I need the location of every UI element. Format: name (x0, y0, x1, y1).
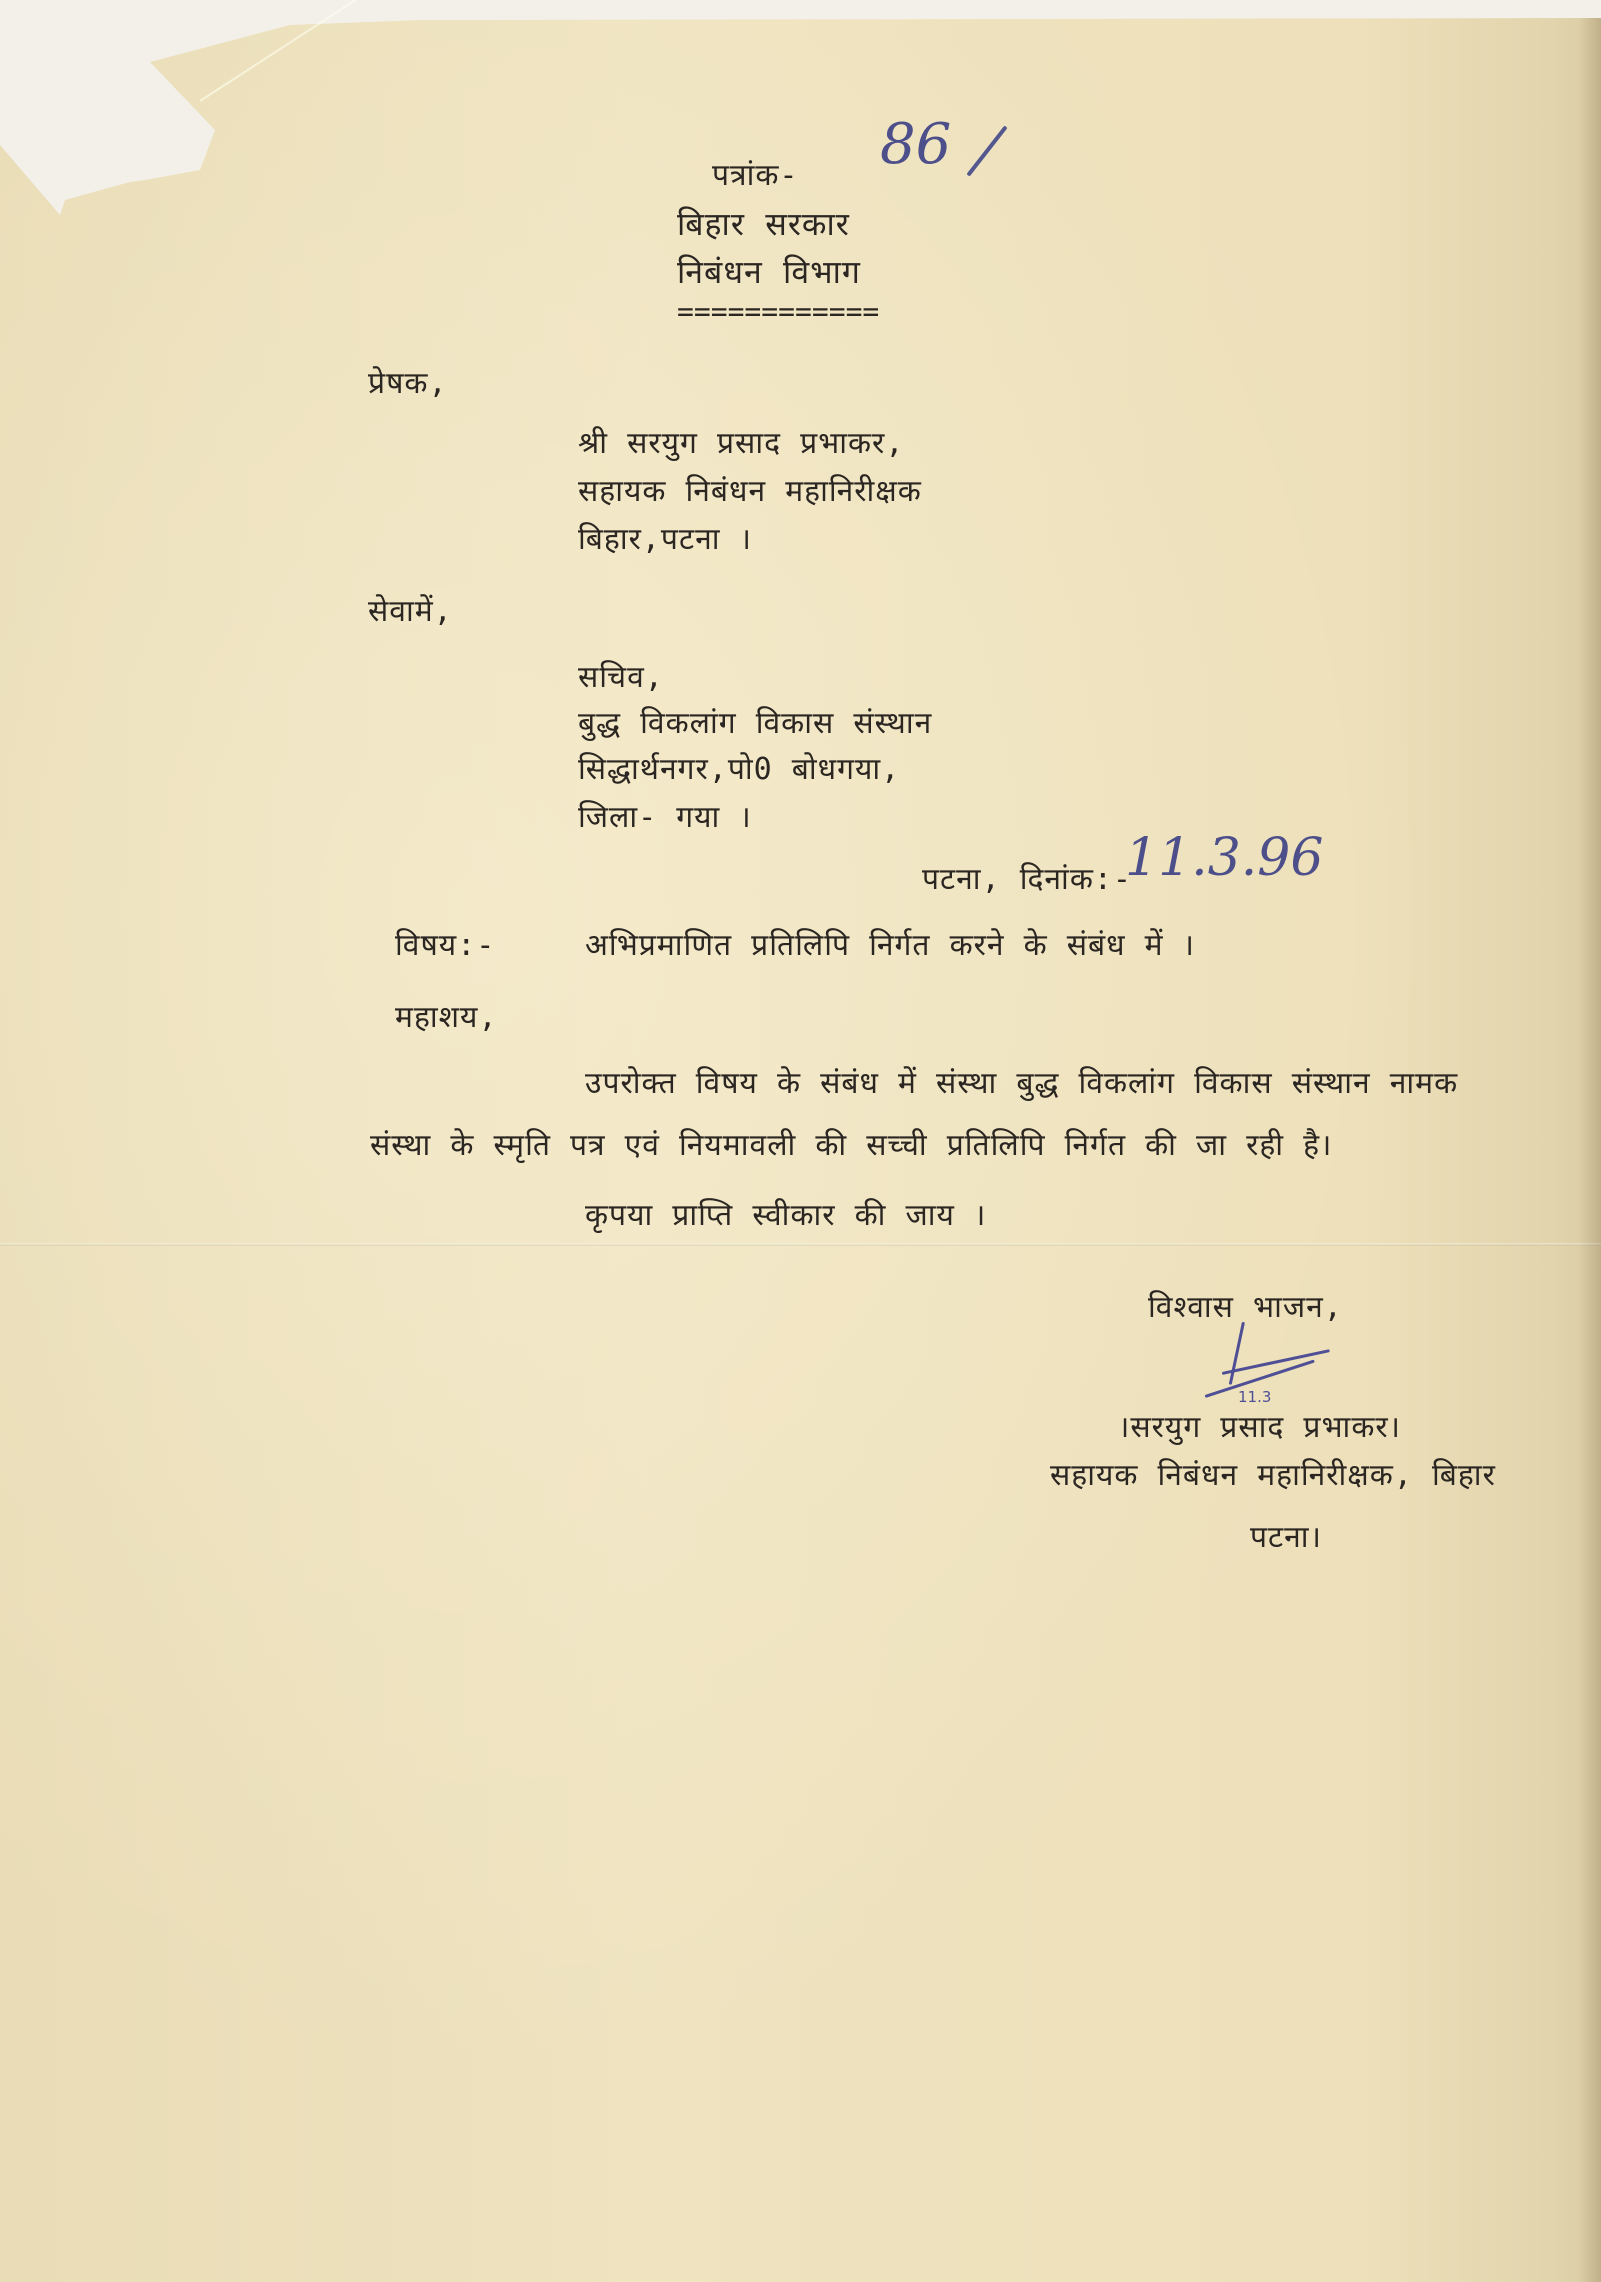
valediction: विश्वास भाजन, (1148, 1290, 1343, 1326)
recipient-line: बुद्ध विकलांग विकास संस्थान (578, 706, 932, 742)
department-name: निबंधन विभाग (677, 254, 861, 290)
subject-label: विषय:- (395, 928, 495, 964)
fold-line (0, 1243, 1601, 1246)
recipient-line: जिला- गया । (578, 800, 752, 836)
signatory-designation: सहायक निबंधन महानिरीक्षक, बिहार (1050, 1458, 1496, 1494)
recipient-line: सचिव, (578, 660, 664, 696)
government-name: बिहार सरकार (677, 206, 850, 242)
header-underline: ============ (677, 294, 879, 330)
letter-number-handwritten: 86 (880, 115, 951, 175)
sender-line: श्री सरयुग प्रसाद प्रभाकर, (578, 426, 904, 462)
signature-date: 11.3 (1238, 1388, 1271, 1406)
recipient-line: सिद्धार्थनगर,पो0 बोधगया, (578, 752, 900, 788)
body-line: संस्था के स्मृति पत्र एवं नियमावली की सच… (370, 1128, 1332, 1164)
sender-label: प्रेषक, (368, 366, 448, 402)
recipient-label: सेवामें, (368, 594, 453, 630)
letter-number-label: पत्रांक- (712, 158, 798, 194)
place-date-label: पटना, दिनांक:- (922, 862, 1132, 898)
body-line: कृपया प्राप्ति स्वीकार की जाय । (585, 1198, 986, 1234)
signatory-city: पटना। (1250, 1520, 1322, 1556)
salutation: महाशय, (395, 1000, 498, 1036)
paper-edge-shadow (1579, 18, 1601, 2282)
handwritten-date: 11.3.96 (1125, 828, 1323, 888)
subject-text: अभिप्रमाणित प्रतिलिपि निर्गत करने के संब… (585, 928, 1195, 964)
sender-line: बिहार,पटना । (578, 522, 752, 558)
sender-line: सहायक निबंधन महानिरीक्षक (578, 474, 922, 510)
body-line: उपरोक्त विषय के संबंध में संस्था बुद्ध व… (585, 1066, 1458, 1102)
signatory-name: ।सरयुग प्रसाद प्रभाकर। (1118, 1410, 1401, 1446)
